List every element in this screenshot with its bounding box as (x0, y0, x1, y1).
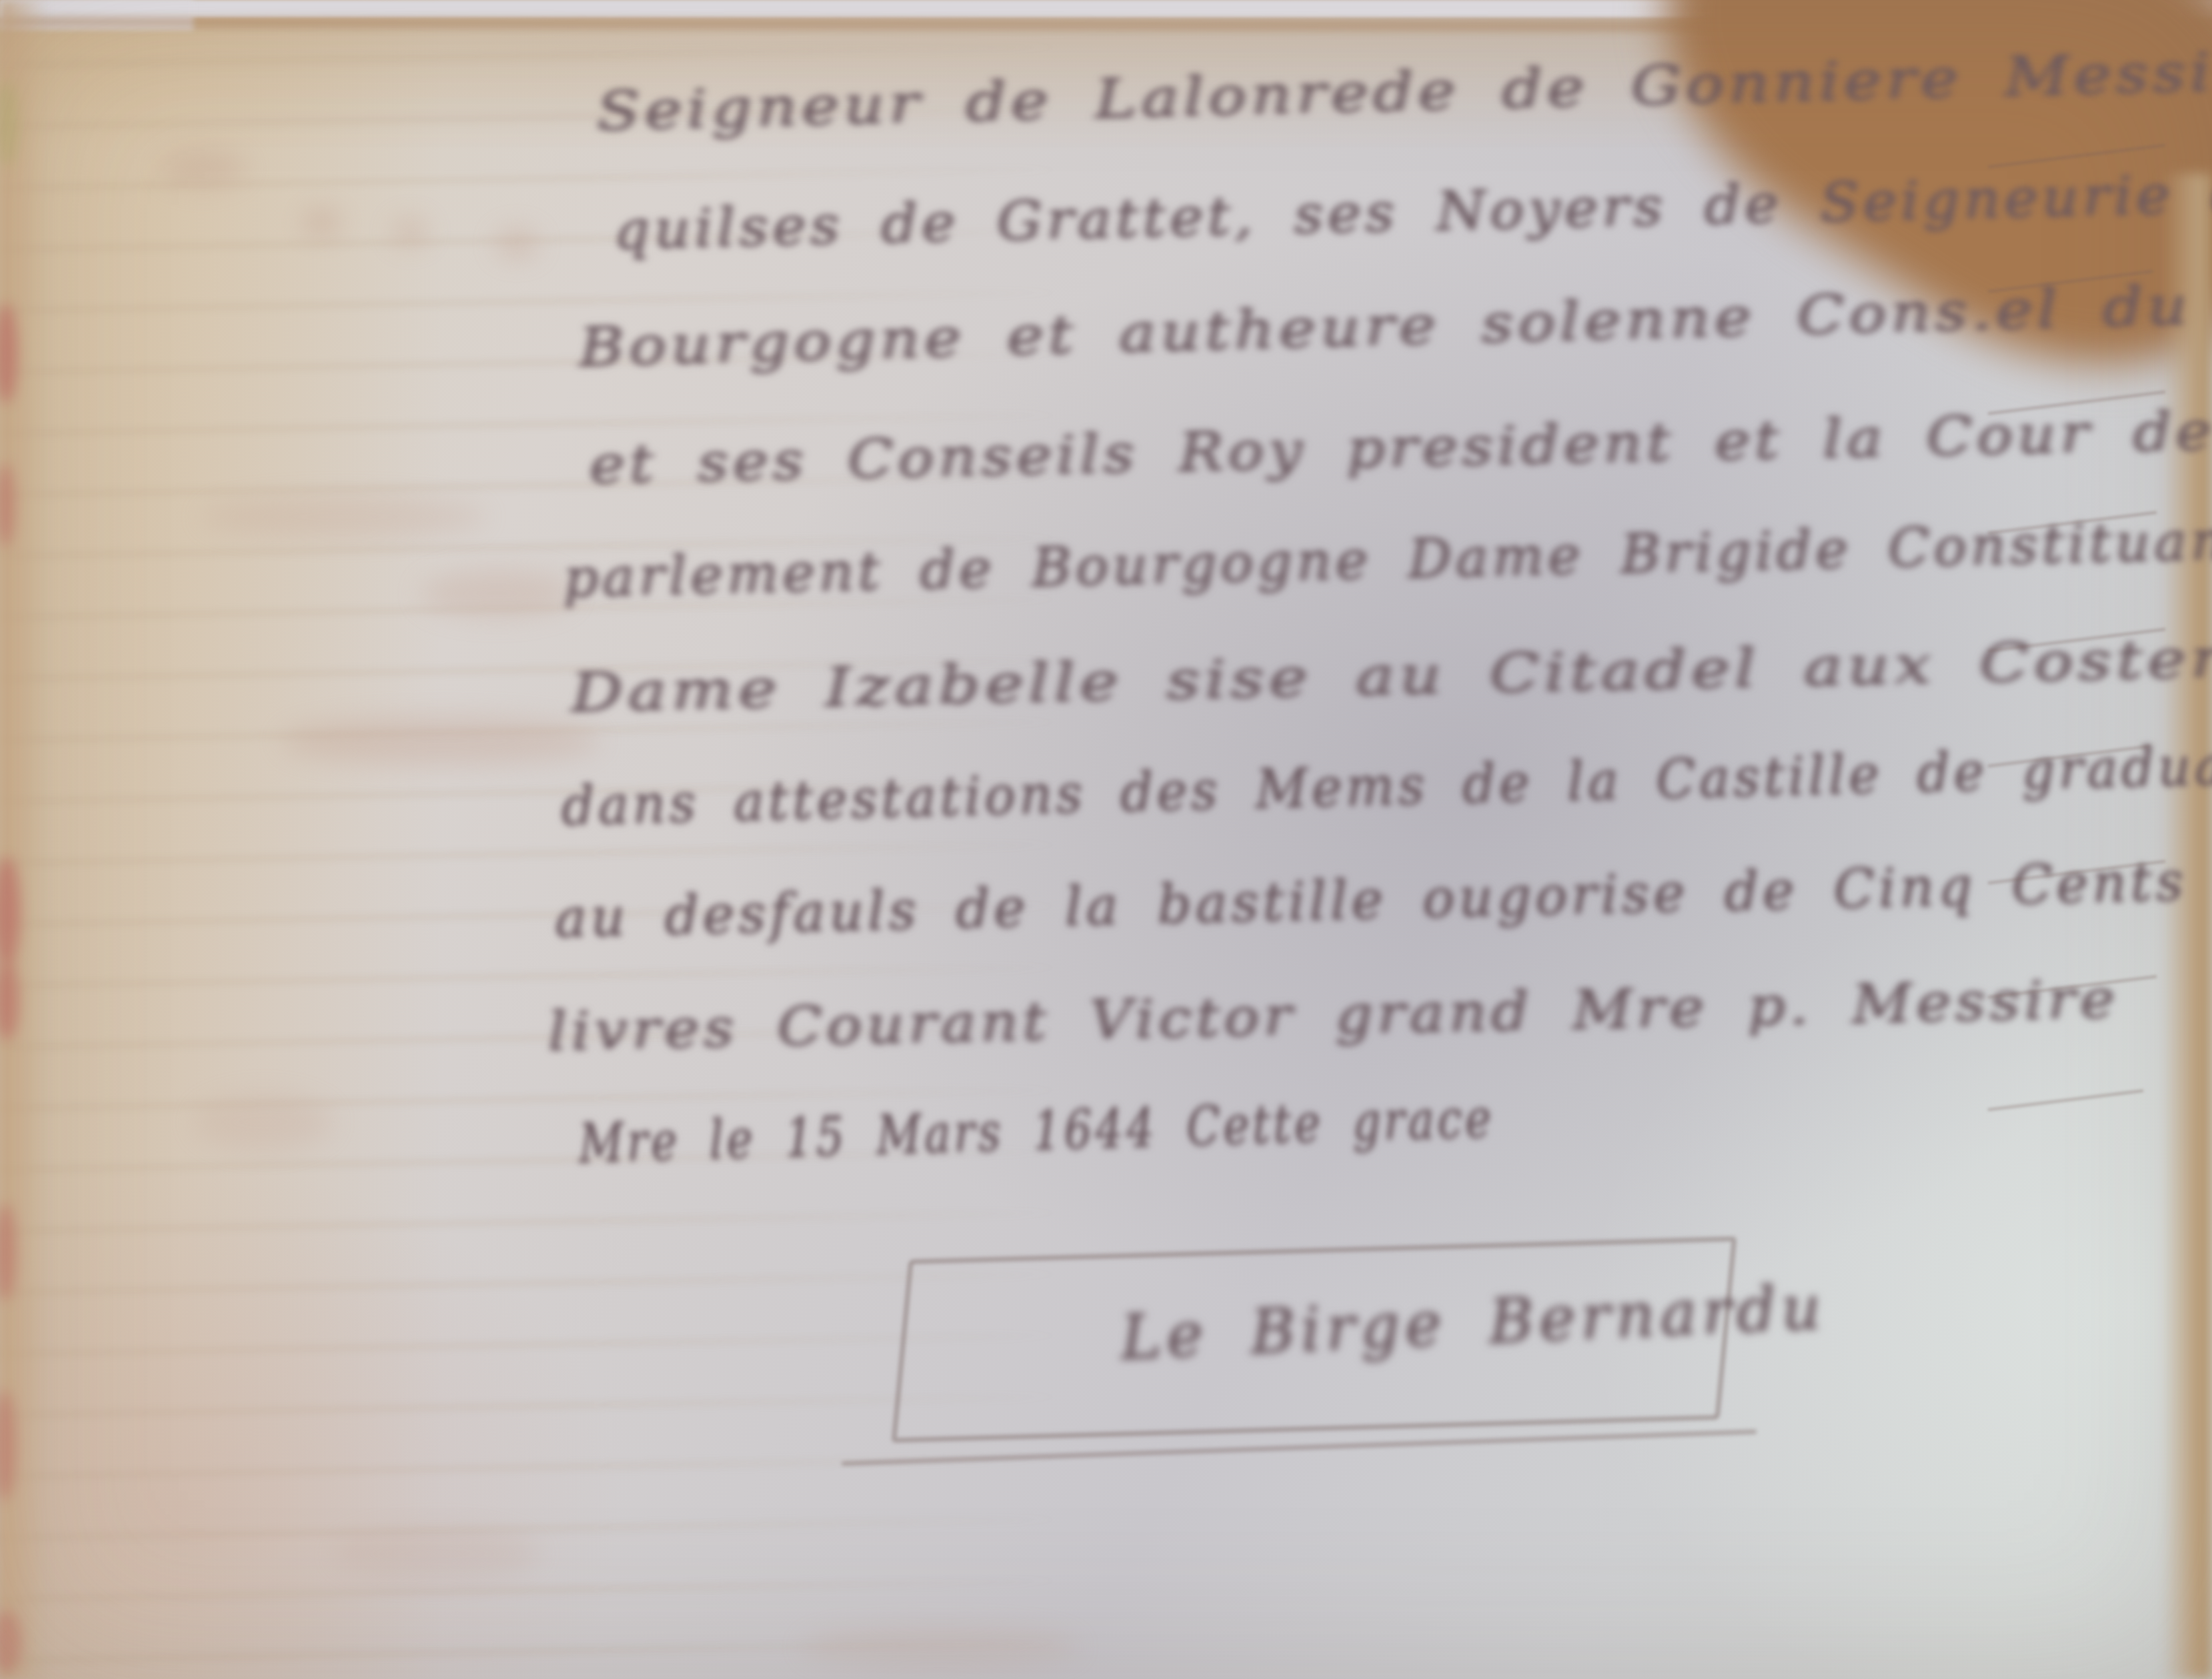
photo-vignette (0, 0, 2212, 1679)
manuscript-photo: Seigneur de Lalonrede de Gonniere Messir… (0, 0, 2212, 1679)
